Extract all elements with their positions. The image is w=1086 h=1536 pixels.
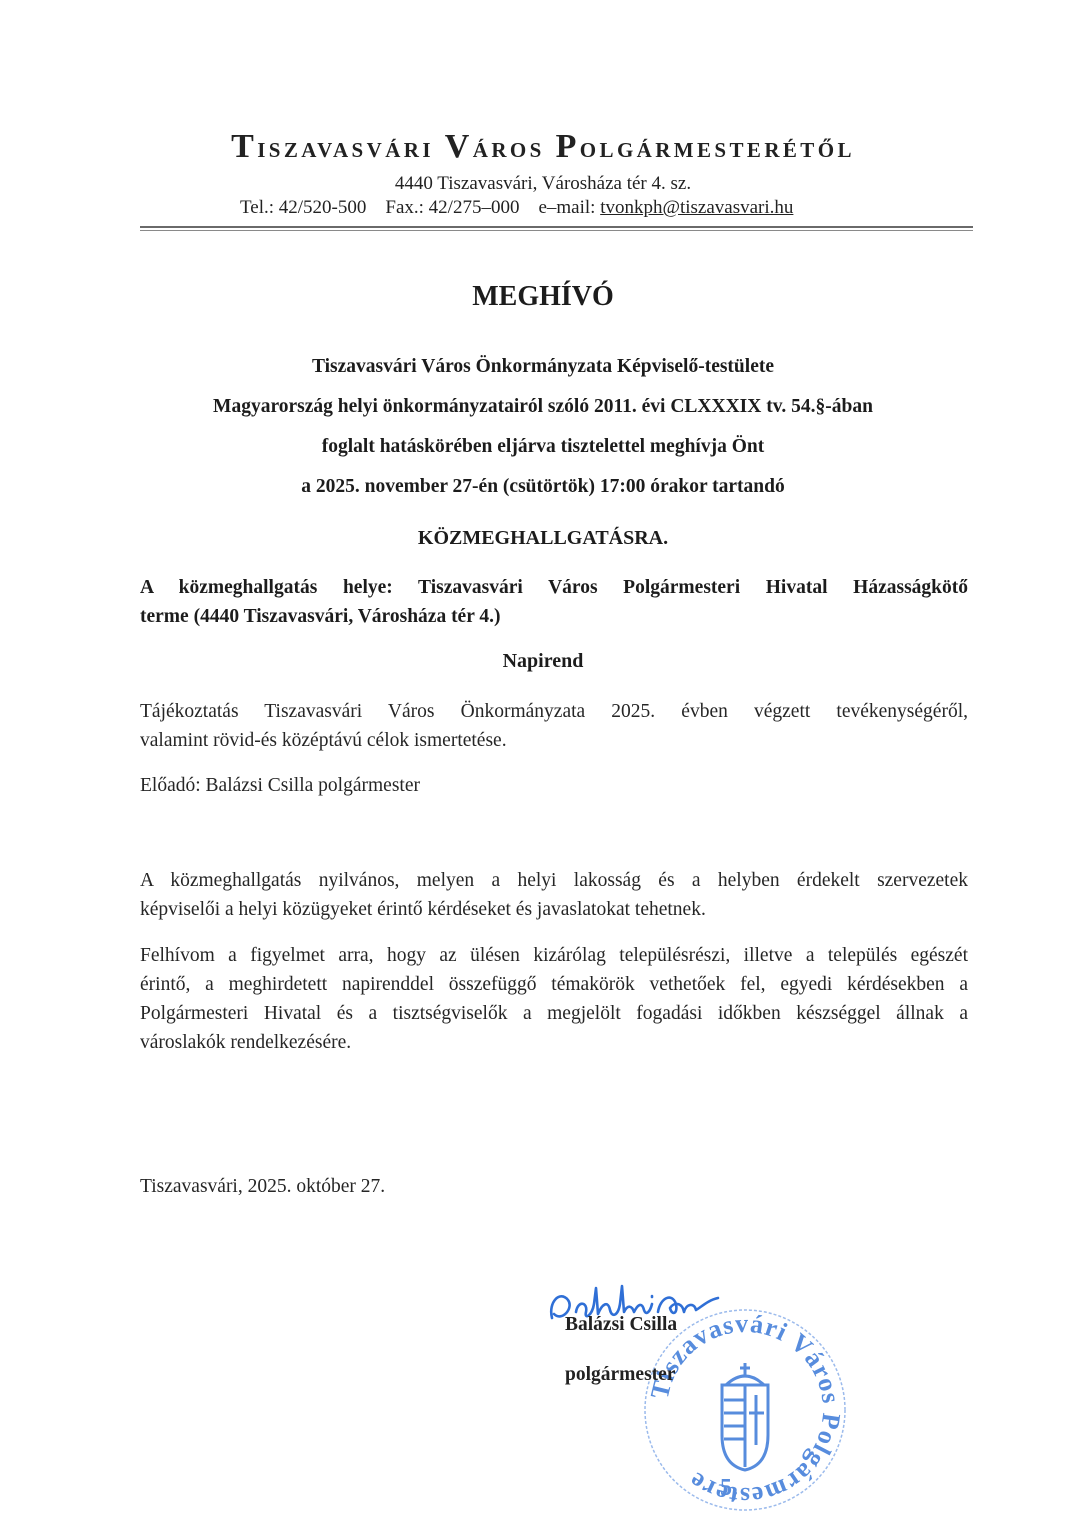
intro-line: Magyarország helyi önkormányzatairól szó… (0, 387, 1086, 427)
fax-number: 42/275–000 (429, 197, 520, 218)
signatory-title: polgármester (565, 1364, 675, 1386)
event-location: A közmeghallgatás helye: Tiszavasvári Vá… (140, 573, 968, 631)
intro-line: a 2025. november 27-én (csütörtök) 17:00… (0, 467, 1086, 507)
intro-line: foglalt hatáskörében eljárva tisztelette… (0, 427, 1086, 467)
letterhead-contact: Tel.: 42/520-500 Fax.: 42/275–000 e–mail… (240, 197, 793, 219)
document-title: MEGHÍVÓ (0, 281, 1086, 313)
tel-label: Tel.: (240, 197, 274, 218)
letterhead-address: 4440 Tiszavasvári, Városháza tér 4. sz. (0, 173, 1086, 195)
agenda-line: Tájékoztatás Tiszavasvári Város Önkormán… (140, 697, 968, 726)
paragraph-line: Polgármesteri Hivatal és a tisztségvisel… (140, 999, 968, 1028)
location-line: terme (4440 Tiszavasvári, Városháza tér … (140, 606, 501, 627)
agenda-item: Tájékoztatás Tiszavasvári Város Önkormán… (140, 697, 968, 755)
intro-line: Tiszavasvári Város Önkormányzata Képvise… (0, 347, 1086, 387)
paragraph-line: érintő, a meghirdetett napirenddel össze… (140, 970, 968, 999)
presenter: Előadó: Balázsi Csilla polgármester (140, 771, 968, 800)
coat-of-arms-icon (722, 1363, 768, 1470)
invitation-intro: Tiszavasvári Város Önkormányzata Képvise… (0, 347, 1086, 507)
letterhead-title: Tiszavasvári Város Polgármesterétől (0, 128, 1086, 166)
agenda-line: valamint rövid-és középtávú célok ismert… (140, 730, 507, 751)
letterhead-divider (140, 226, 973, 231)
paragraph-line: városlakók rendelkezésére. (140, 1032, 351, 1053)
date-place: Tiszavasvári, 2025. október 27. (140, 1172, 968, 1201)
email-link[interactable]: tvonkph@tiszavasvari.hu (600, 197, 793, 218)
paragraph-line: Felhívom a figyelmet arra, hogy az ülése… (140, 941, 968, 970)
public-paragraph: A közmeghallgatás nyilvános, melyen a he… (140, 866, 968, 924)
stamp-number: 5. (720, 1475, 738, 1501)
fax-label: Fax.: (385, 197, 424, 218)
location-line: A közmeghallgatás helye: Tiszavasvári Vá… (140, 573, 968, 602)
official-stamp-icon: Tiszavasvári Város Polgármestere 5. (640, 1305, 850, 1515)
tel-number: 42/520-500 (279, 197, 367, 218)
invitation-document: Tiszavasvári Város Polgármesterétől 4440… (0, 0, 1086, 1536)
notice-paragraph: Felhívom a figyelmet arra, hogy az ülése… (140, 941, 968, 1057)
email-label: e–mail: (538, 197, 595, 218)
agenda-heading: Napirend (0, 650, 1086, 673)
paragraph-line: A közmeghallgatás nyilvános, melyen a he… (140, 866, 968, 895)
signatory-name: Balázsi Csilla (565, 1314, 677, 1336)
paragraph-line: képviselői a helyi közügyeket érintő kér… (140, 899, 706, 920)
event-name: KÖZMEGHALLGATÁSRA. (0, 527, 1086, 550)
